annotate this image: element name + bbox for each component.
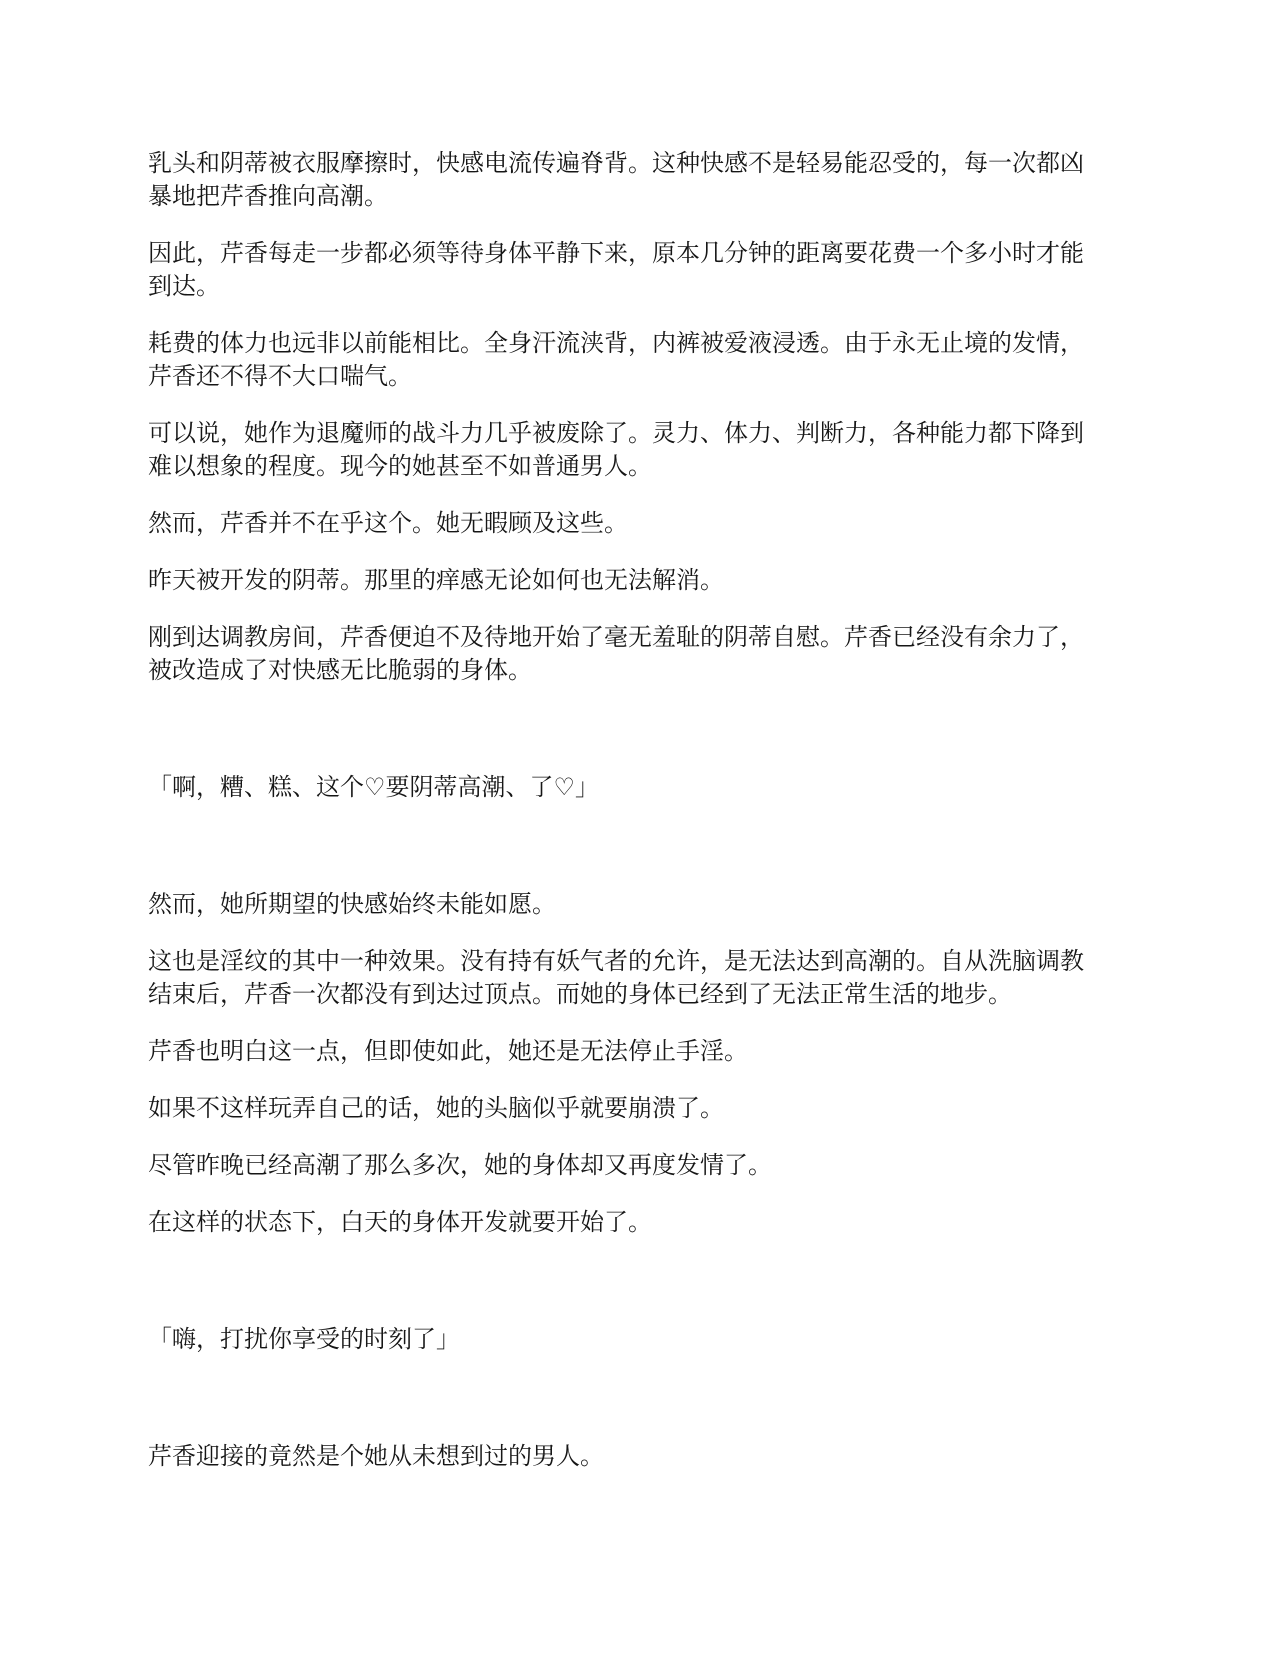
paragraph: 这也是淫纹的其中一种效果。没有持有妖气者的允许，是无法达到高潮的。自从洗脑调教结… [148, 946, 1093, 1012]
paragraph: 芹香也明白这一点，但即使如此，她还是无法停止手淫。 [148, 1036, 1093, 1069]
paragraph: 芹香迎接的竟然是个她从未想到过的男人。 [148, 1441, 1093, 1474]
paragraph: 乳头和阴蒂被衣服摩擦时，快感电流传遍脊背。这种快感不是轻易能忍受的，每一次都凶暴… [148, 148, 1093, 214]
document-page: 乳头和阴蒂被衣服摩擦时，快感电流传遍脊背。这种快感不是轻易能忍受的，每一次都凶暴… [0, 0, 1280, 1656]
paragraph: 然而，芹香并不在乎这个。她无暇顾及这些。 [148, 508, 1093, 541]
paragraph: 如果不这样玩弄自己的话，她的头脑似乎就要崩溃了。 [148, 1093, 1093, 1126]
paragraph: 刚到达调教房间，芹香便迫不及待地开始了毫无羞耻的阴蒂自慰。芹香已经没有余力了，被… [148, 622, 1093, 688]
paragraph: 昨天被开发的阴蒂。那里的痒感无论如何也无法解消。 [148, 565, 1093, 598]
paragraph: 尽管昨晚已经高潮了那么多次，她的身体却又再度发情了。 [148, 1150, 1093, 1183]
text-block: 乳头和阴蒂被衣服摩擦时，快感电流传遍脊背。这种快感不是轻易能忍受的，每一次都凶暴… [148, 148, 1093, 1498]
paragraph: 在这样的状态下，白天的身体开发就要开始了。 [148, 1207, 1093, 1240]
dialogue-line: 「嗨，打扰你享受的时刻了」 [148, 1324, 1093, 1357]
paragraph: 因此，芹香每走一步都必须等待身体平静下来，原本几分钟的距离要花费一个多小时才能到… [148, 238, 1093, 304]
paragraph: 耗费的体力也远非以前能相比。全身汗流浃背，内裤被爱液浸透。由于永无止境的发情，芹… [148, 328, 1093, 394]
paragraph: 可以说，她作为退魔师的战斗力几乎被废除了。灵力、体力、判断力，各种能力都下降到难… [148, 418, 1093, 484]
dialogue-line: 「啊，糟、糕、这个♡要阴蒂高潮、了♡」 [148, 772, 1093, 805]
paragraph: 然而，她所期望的快感始终未能如愿。 [148, 889, 1093, 922]
